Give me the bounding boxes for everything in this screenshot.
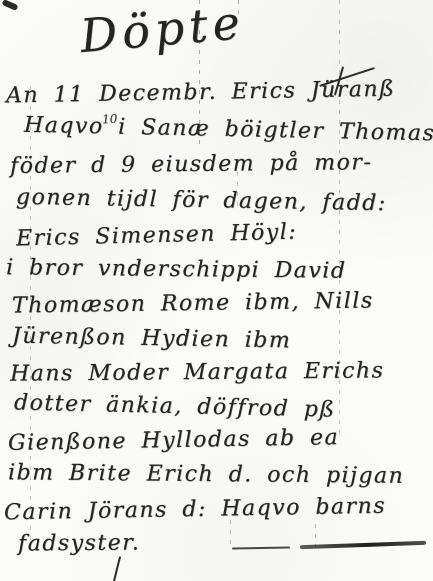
handwriting-line: dotter änkia, döffrod pß (14, 390, 336, 422)
fold-crease-line (315, 524, 316, 552)
handwriting-line: i bror vnderschippi David (6, 255, 347, 284)
handwriting-line: föder d 9 eiusdem på mor- (10, 150, 373, 179)
handwriting-line: Carin Jörans d: Haqvo barns (4, 494, 386, 526)
handwriting-line: Hans Moder Margata Erichs (10, 358, 385, 386)
corner-ink-mark (1, 0, 18, 11)
fold-crease-line (230, 520, 231, 548)
handwriting-line: ibm Brite Erich d. och pijgan (8, 460, 404, 488)
handwriting-line: An 11 Decembr. Erics Jüranß (6, 77, 396, 109)
manuscript-page: Döpte 10 An 11 Decembr. Erics Jüranß Haq… (0, 0, 433, 581)
handwriting-line: Thomæson Rome ibm, Nills (12, 288, 374, 318)
end-dash (232, 546, 290, 549)
page-title: Döpte (78, 0, 247, 63)
end-dash (300, 541, 426, 549)
handwriting-line: Gienßone Hyllodas ab ea (8, 425, 340, 456)
handwriting-line: Jürenßon Hydien ibm (12, 324, 292, 354)
descender-stroke (113, 556, 121, 581)
handwriting-line: gonen tijdl för dagen, fadd: (16, 185, 387, 216)
handwriting-line: Erics Simensen Höyl: (16, 220, 298, 252)
handwriting-line: fadsyster. (18, 530, 141, 556)
handwriting-line: Haqvo i Sanæ böigtler Thomas (24, 113, 433, 147)
